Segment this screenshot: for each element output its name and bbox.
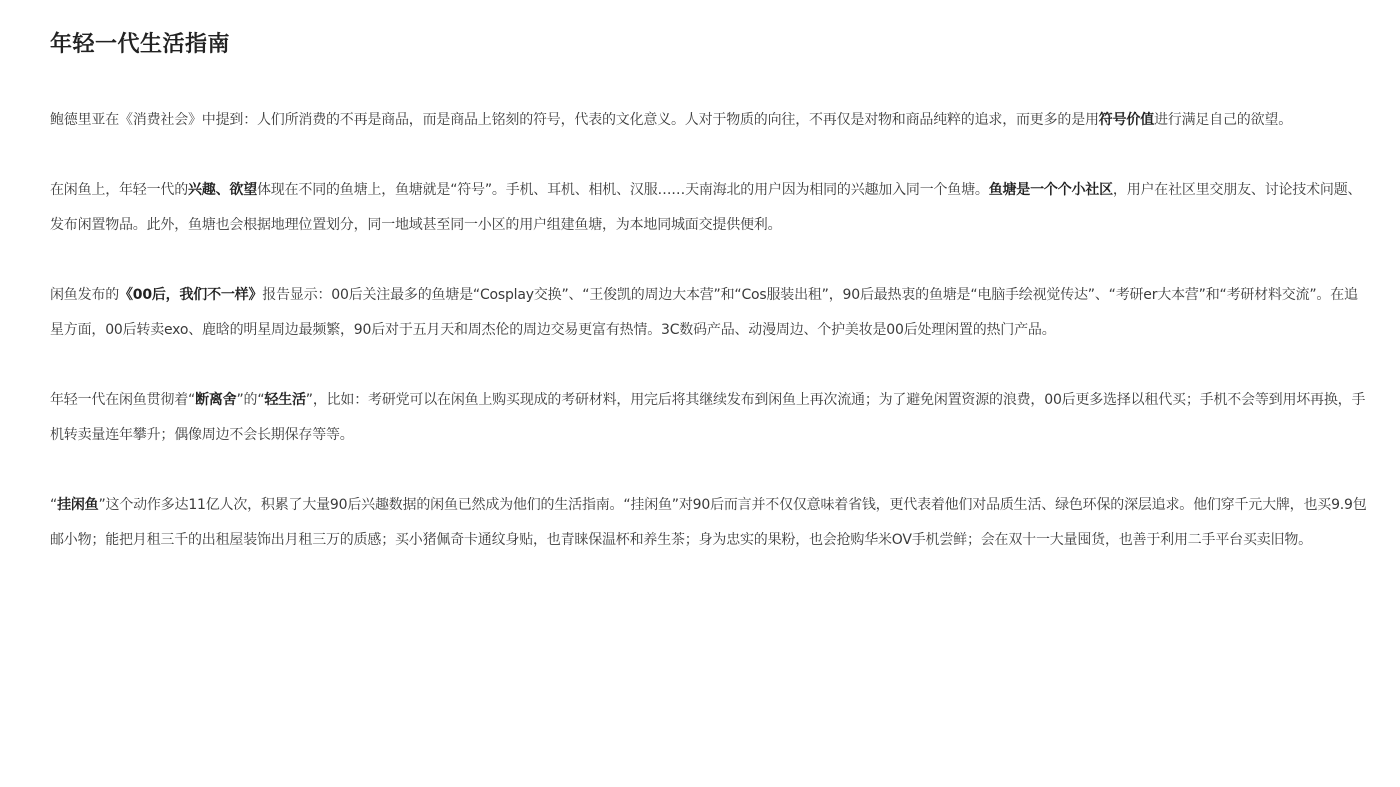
body-text: 闲鱼发布的 bbox=[50, 287, 119, 303]
emphasized-text: 挂闲鱼 bbox=[57, 497, 98, 513]
paragraph-consumer-society: 鲍德里亚在《消费社会》中提到：人们所消费的不再是商品，而是商品上铭刻的符号，代表… bbox=[50, 103, 1370, 138]
emphasized-text: 鱼塘是一个个小社区 bbox=[989, 182, 1113, 198]
paragraph-light-living: 年轻一代在闲鱼贯彻着“断离舍”的“轻生活”，比如：考研党可以在闲鱼上购买现成的考… bbox=[50, 383, 1370, 453]
body-text: 进行满足自己的欲望。 bbox=[1154, 112, 1292, 128]
body-text: ”的“ bbox=[236, 392, 264, 408]
body-text: 年轻一代在闲鱼贯彻着“ bbox=[50, 392, 195, 408]
paragraph-post00-report: 闲鱼发布的《00后，我们不一样》报告显示：00后关注最多的鱼塘是“Cosplay… bbox=[50, 278, 1370, 348]
body-text: 鲍德里亚在《消费社会》中提到：人们所消费的不再是商品，而是商品上铭刻的符号，代表… bbox=[50, 112, 1099, 128]
emphasized-text: 轻生活 bbox=[264, 392, 305, 408]
paragraph-fish-ponds: 在闲鱼上，年轻一代的兴趣、欲望体现在不同的鱼塘上，鱼塘就是“符号”。手机、耳机、… bbox=[50, 173, 1370, 243]
paragraph-life-guide: “挂闲鱼”这个动作多达11亿人次，积累了大量90后兴趣数据的闲鱼已然成为他们的生… bbox=[50, 488, 1370, 558]
article-title: 年轻一代生活指南 bbox=[50, 30, 230, 60]
body-text: “ bbox=[50, 497, 57, 513]
body-text: ”这个动作多达11亿人次，积累了大量90后兴趣数据的闲鱼已然成为他们的生活指南。… bbox=[50, 497, 1367, 548]
emphasized-text: 符号价值 bbox=[1099, 112, 1154, 128]
body-text: 在闲鱼上，年轻一代的 bbox=[50, 182, 188, 198]
emphasized-text: 断离舍 bbox=[195, 392, 236, 408]
body-text: 体现在不同的鱼塘上，鱼塘就是“符号”。手机、耳机、相机、汉服……天南海北的用户因… bbox=[257, 182, 989, 198]
emphasized-text: 《00后，我们不一样》 bbox=[119, 287, 262, 303]
emphasized-text: 兴趣、欲望 bbox=[188, 182, 257, 198]
